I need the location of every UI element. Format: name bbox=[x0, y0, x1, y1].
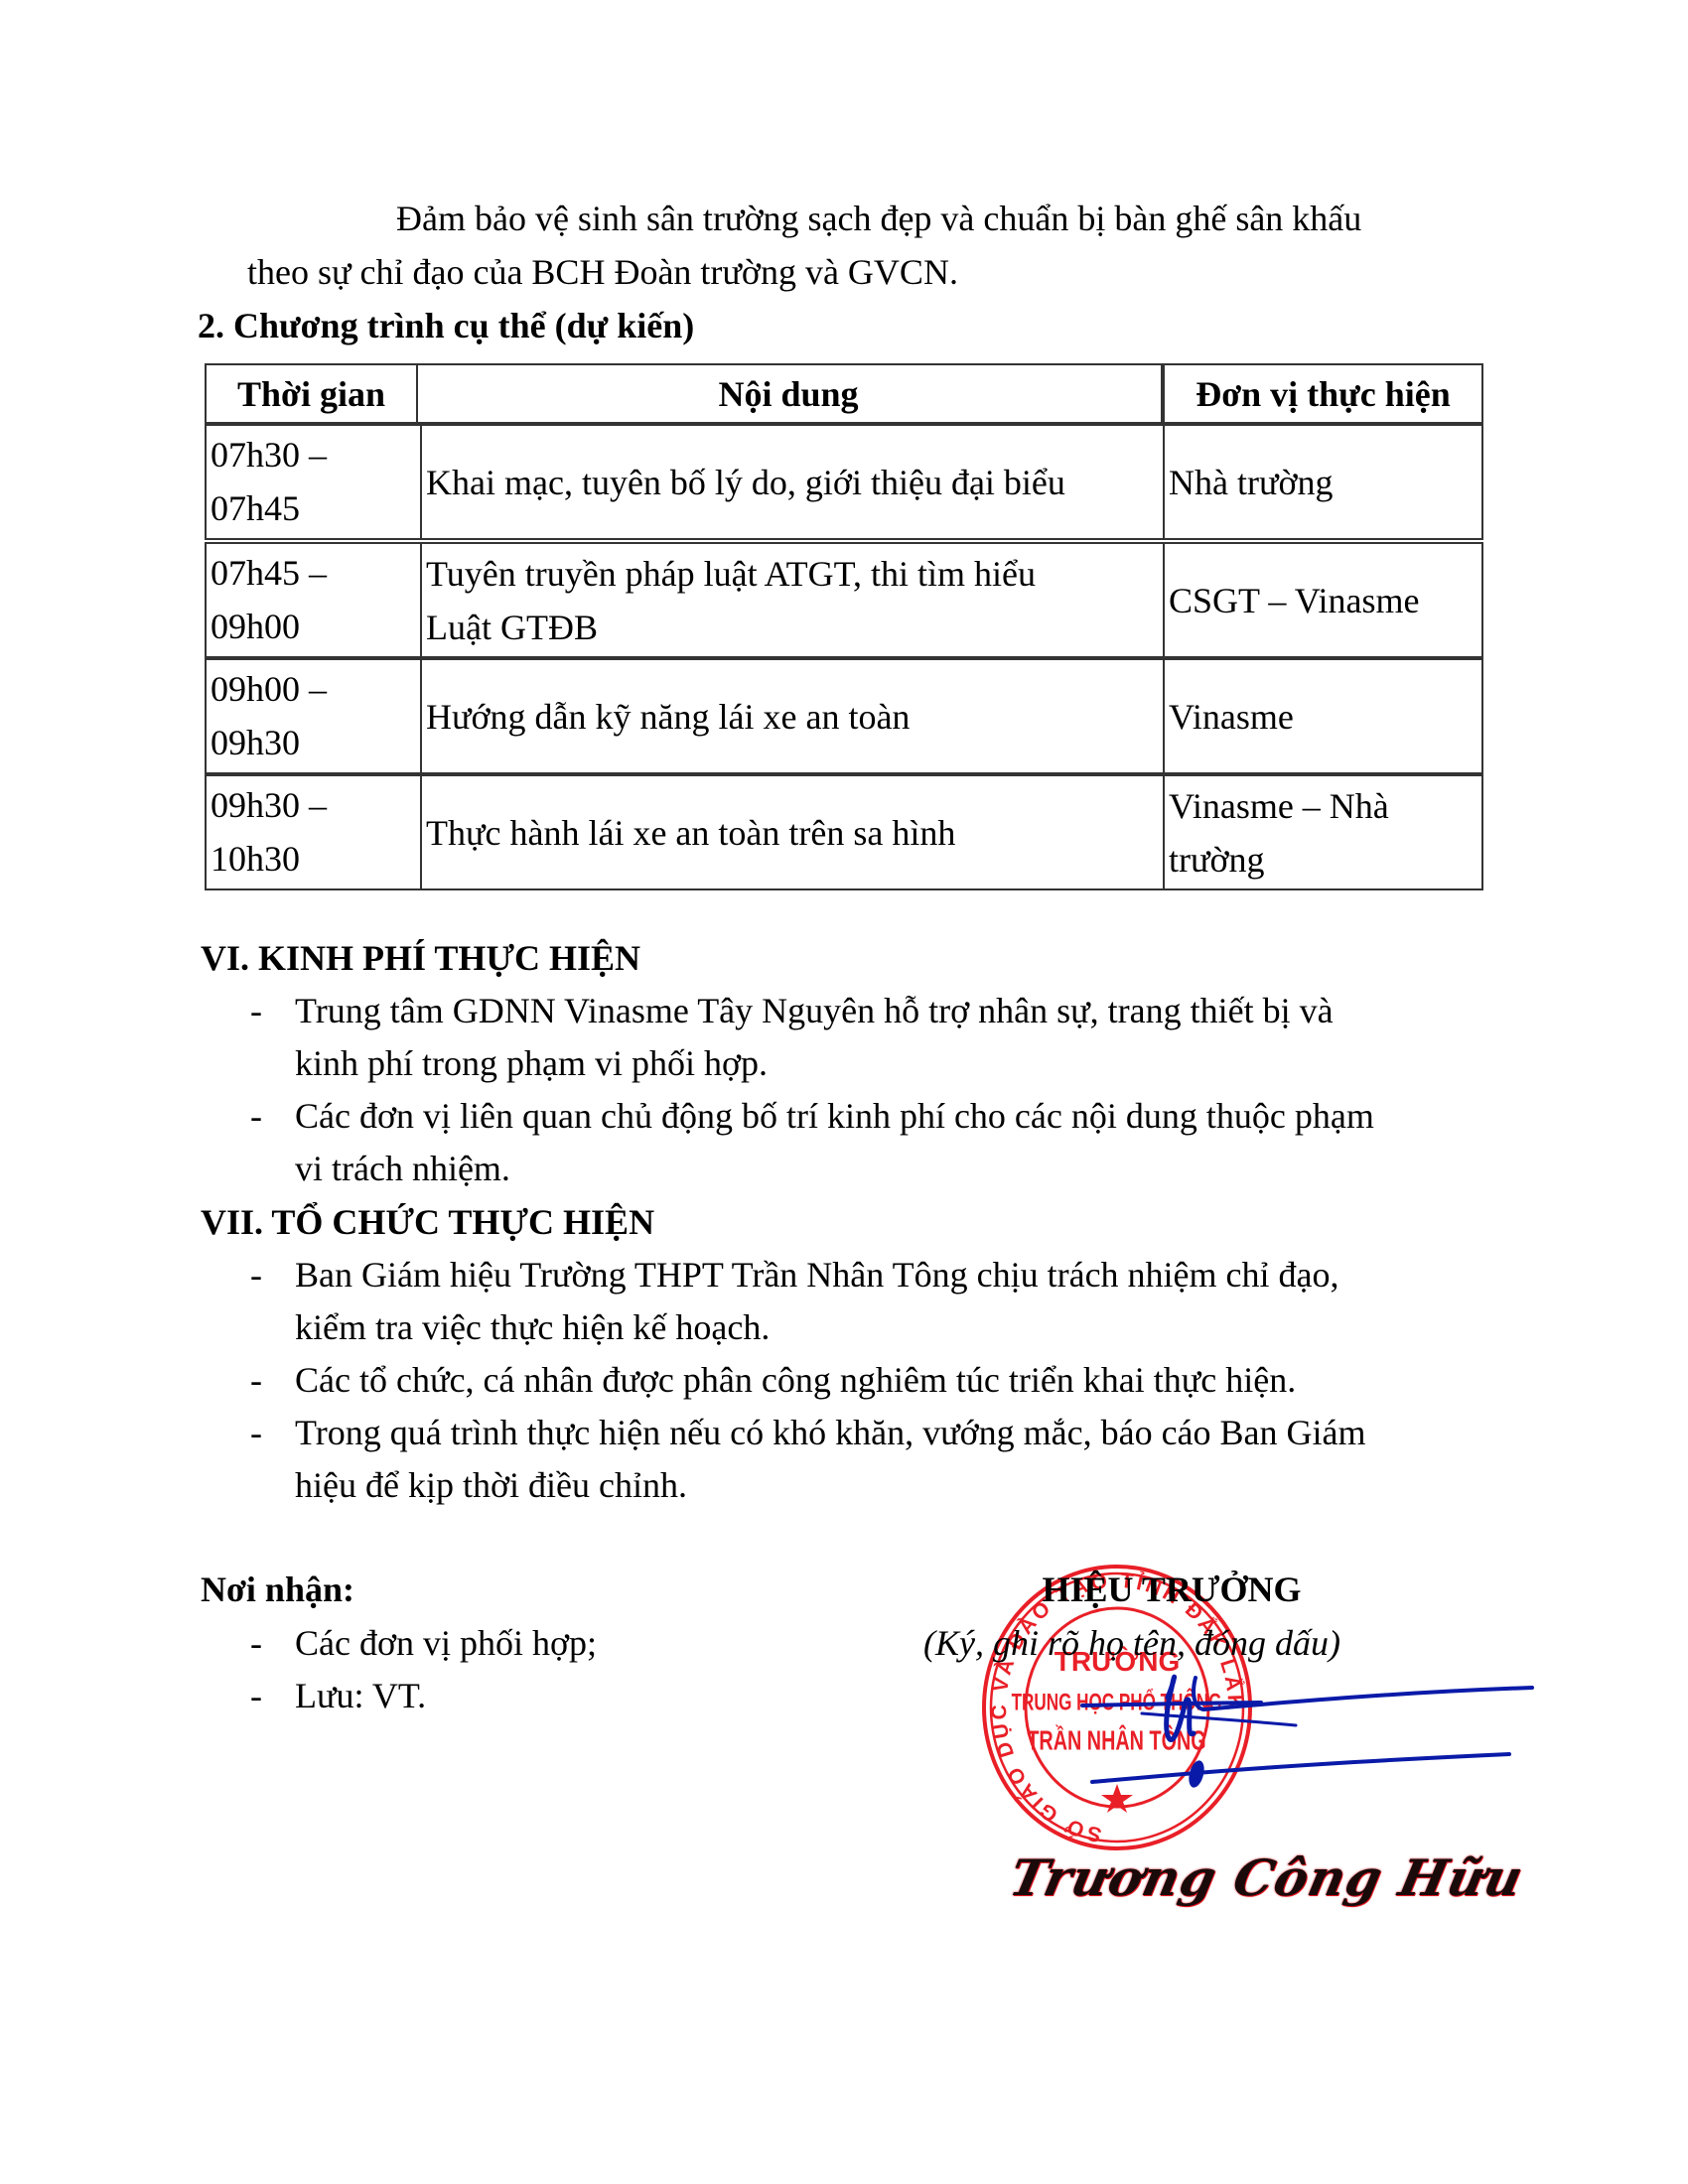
cell-time: 07h45 –09h00 bbox=[205, 542, 422, 658]
bullet-text: hiệu để kịp thời điều chỉnh. bbox=[295, 1458, 687, 1512]
header-unit: Đơn vị thực hiện bbox=[1163, 363, 1483, 424]
header-time: Thời gian bbox=[205, 363, 418, 424]
bullet-marker: - bbox=[250, 1353, 262, 1407]
table-row: 07h45 –09h00Tuyên truyền pháp luật ATGT,… bbox=[205, 542, 1483, 658]
header-content: Nội dung bbox=[416, 363, 1163, 424]
handwritten-signature bbox=[1072, 1648, 1549, 1797]
cell-content: Thực hành lái xe an toàn trên sa hình bbox=[420, 774, 1165, 890]
cell-unit: Vinasme bbox=[1163, 658, 1483, 774]
recipients-label: Nơi nhận: bbox=[201, 1563, 354, 1616]
recipient-item: Các đơn vị phối hợp; bbox=[295, 1616, 597, 1670]
bullet-text: Các đơn vị liên quan chủ động bố trí kin… bbox=[295, 1089, 1374, 1143]
cell-time: 07h30 –07h45 bbox=[205, 424, 422, 540]
section-7-heading: VII. TỔ CHỨC THỰC HIỆN bbox=[201, 1195, 654, 1249]
cell-content: Hướng dẫn kỹ năng lái xe an toàn bbox=[420, 658, 1165, 774]
signature-title: HIỆU TRƯỞNG bbox=[1033, 1563, 1311, 1616]
bullet-text: Ban Giám hiệu Trường THPT Trần Nhân Tông… bbox=[295, 1248, 1339, 1301]
bullet-marker: - bbox=[250, 984, 262, 1037]
section-6-heading: VI. KINH PHÍ THỰC HIỆN bbox=[201, 931, 640, 985]
cell-content: Khai mạc, tuyên bố lý do, giới thiệu đại… bbox=[420, 424, 1165, 540]
bullet-text: Trung tâm GDNN Vinasme Tây Nguyên hỗ trợ… bbox=[295, 984, 1334, 1037]
bullet-marker: - bbox=[250, 1406, 262, 1459]
bullet-marker: - bbox=[250, 1616, 262, 1670]
cell-content: Tuyên truyền pháp luật ATGT, thi tìm hiể… bbox=[420, 542, 1165, 658]
program-heading: 2. Chương trình cụ thể (dự kiến) bbox=[198, 299, 694, 352]
bullet-marker: - bbox=[250, 1669, 262, 1722]
cell-time: 09h30 –10h30 bbox=[205, 774, 422, 890]
bullet-marker: - bbox=[250, 1089, 262, 1143]
intro-line-2: theo sự chỉ đạo của BCH Đoàn trường và G… bbox=[247, 245, 958, 299]
table-row: 09h00 –09h30Hướng dẫn kỹ năng lái xe an … bbox=[205, 658, 1483, 774]
cell-unit: Vinasme – Nhàtrường bbox=[1163, 774, 1483, 890]
bullet-text: kinh phí trong phạm vi phối hợp. bbox=[295, 1036, 768, 1090]
bullet-text: vi trách nhiệm. bbox=[295, 1142, 510, 1195]
table-row: 07h30 –07h45Khai mạc, tuyên bố lý do, gi… bbox=[205, 424, 1483, 540]
recipient-item: Lưu: VT. bbox=[295, 1669, 426, 1722]
table-header-row: Thời gian Nội dung Đơn vị thực hiện bbox=[205, 363, 1483, 424]
table-row: 09h30 –10h30Thực hành lái xe an toàn trê… bbox=[205, 774, 1483, 890]
bullet-text: Trong quá trình thực hiện nếu có khó khă… bbox=[295, 1406, 1366, 1459]
signer-name: Trương Công Hữu bbox=[1005, 1848, 1529, 1907]
intro-line-1: Đảm bảo vệ sinh sân trường sạch đẹp và c… bbox=[396, 192, 1361, 245]
bullet-text: Các tổ chức, cá nhân được phân công nghi… bbox=[295, 1353, 1296, 1407]
cell-unit: CSGT – Vinasme bbox=[1163, 542, 1483, 658]
bullet-text: kiểm tra việc thực hiện kế hoạch. bbox=[295, 1300, 770, 1354]
cell-unit: Nhà trường bbox=[1163, 424, 1483, 540]
cell-time: 09h00 –09h30 bbox=[205, 658, 422, 774]
bullet-marker: - bbox=[250, 1248, 262, 1301]
